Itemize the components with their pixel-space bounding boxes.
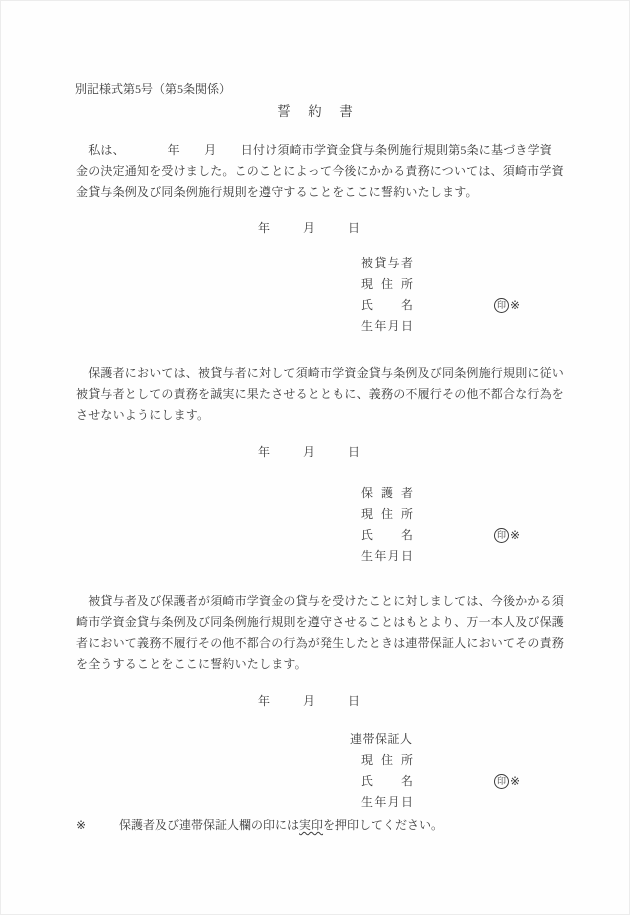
footnote-text-after: を押印してください。 [323, 818, 443, 832]
address-row: 現 住 所 [76, 274, 576, 295]
text-line: 被貸与者としての責務を誠実に果たさせるとともに、義務の不履行その他不都合な行為を [76, 384, 576, 405]
role-row: 被貸与者 [76, 253, 576, 274]
footnote: ※ 保護者及び連帯保証人欄の印には実印を押印してください。 [76, 817, 443, 833]
address-row: 現 住 所 [76, 750, 576, 771]
role-label: 被貸与者 [361, 253, 413, 274]
document-title: 誓 約 書 [1, 103, 630, 120]
role-row: 連帯保証人 [76, 729, 576, 750]
footnote-text-before: 保護者及び連帯保証人欄の印には [119, 818, 299, 832]
text-line: 保護者においては、被貸与者に対して須崎市学資金貸与条例及び同条例施行規則に従い [76, 363, 576, 384]
month-label: 月 [303, 694, 315, 708]
pledge-paragraph-borrower: 私は、 年 月 日付け須崎市学資金貸与条例施行規則第5条に基づき学資 金の決定通… [76, 140, 576, 203]
birthdate-row: 生年月日 [76, 546, 576, 567]
footnote-marker: ※ [76, 817, 119, 833]
seal-asterisk: ※ [510, 298, 520, 313]
address-label: 現 住 所 [361, 274, 413, 295]
name-row: 氏 名 印 ※ [76, 295, 576, 316]
name-row: 氏 名 印 ※ [76, 771, 576, 792]
pledge-paragraph-guarantor: 被貸与者及び保護者が須崎市学資金の貸与を受けたことに対しましては、今後かかる須 … [76, 591, 576, 675]
role-row: 保 護 者 [76, 483, 576, 504]
seal-asterisk: ※ [510, 774, 520, 789]
role-label: 連帯保証人 [350, 729, 412, 750]
text-line: 金貸与条例及び同条例施行規則を遵守することをここに誓約いたします。 [76, 182, 576, 203]
month-label: 月 [303, 445, 315, 459]
month-label: 月 [303, 221, 315, 235]
text-line: を全うすることをここに誓約いたします。 [76, 654, 576, 675]
seal-icon: 印 [494, 774, 509, 789]
address-label: 現 住 所 [361, 750, 413, 771]
signer-block-guardian: 保 護 者 現 住 所 氏 名 印 ※ 生年月日 [76, 483, 576, 567]
footnote-text-emphasized: 実印 [299, 818, 323, 832]
birthdate-row: 生年月日 [76, 792, 576, 813]
seal-icon: 印 [494, 298, 509, 313]
birthdate-label: 生年月日 [361, 546, 413, 567]
seal-asterisk: ※ [510, 528, 520, 543]
address-label: 現 住 所 [361, 504, 413, 525]
day-label: 日 [348, 694, 360, 708]
role-label: 保 護 者 [361, 483, 413, 504]
year-label: 年 [258, 445, 270, 459]
name-label: 氏 名 [361, 295, 413, 316]
date-fill-in-row: 年 月 日 [258, 445, 360, 459]
seal-icon: 印 [494, 528, 509, 543]
birthdate-label: 生年月日 [361, 316, 413, 337]
year-label: 年 [258, 694, 270, 708]
name-label: 氏 名 [361, 525, 413, 546]
text-line: 崎市学資金貸与条例及び同条例施行規則を遵守させることはもとより、万一本人及び保護 [76, 612, 576, 633]
text-line: 者において義務不履行その他不都合の行為が発生したときは連帯保証人においてその責務 [76, 633, 576, 654]
text-line: させないようにします。 [76, 405, 576, 426]
year-label: 年 [258, 221, 270, 235]
birthdate-row: 生年月日 [76, 316, 576, 337]
day-label: 日 [348, 221, 360, 235]
birthdate-label: 生年月日 [361, 792, 413, 813]
seal-group: 印 ※ [494, 774, 520, 789]
text-line: 金の決定通知を受けました。このことによって今後にかかる責務については、須崎市学資 [76, 161, 576, 182]
footnote-text: 保護者及び連帯保証人欄の印には実印を押印してください。 [119, 817, 443, 833]
pledge-paragraph-guardian: 保護者においては、被貸与者に対して須崎市学資金貸与条例及び同条例施行規則に従い … [76, 363, 576, 426]
pledge-form-document: 別記様式第5号（第5条関係） 誓 約 書 私は、 年 月 日付け須崎市学資金貸与… [0, 0, 630, 915]
text-line: 被貸与者及び保護者が須崎市学資金の貸与を受けたことに対しましては、今後かかる須 [76, 591, 576, 612]
address-row: 現 住 所 [76, 504, 576, 525]
date-fill-in-row: 年 月 日 [258, 221, 360, 235]
seal-group: 印 ※ [494, 528, 520, 543]
day-label: 日 [348, 445, 360, 459]
seal-group: 印 ※ [494, 298, 520, 313]
signer-block-borrower: 被貸与者 現 住 所 氏 名 印 ※ 生年月日 [76, 253, 576, 337]
form-number: 別記様式第5号（第5条関係） [75, 82, 231, 96]
signer-block-guarantor: 連帯保証人 現 住 所 氏 名 印 ※ 生年月日 [76, 729, 576, 813]
text-line: 私は、 年 月 日付け須崎市学資金貸与条例施行規則第5条に基づき学資 [76, 140, 576, 161]
date-fill-in-row: 年 月 日 [258, 694, 360, 708]
name-row: 氏 名 印 ※ [76, 525, 576, 546]
name-label: 氏 名 [361, 771, 413, 792]
